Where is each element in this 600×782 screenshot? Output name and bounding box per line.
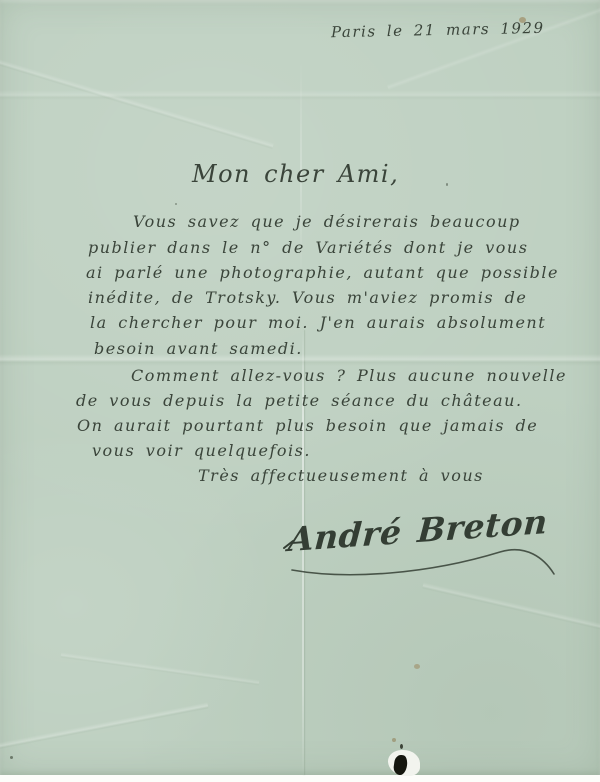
letter-line: la chercher pour moi. J'en aurais absolu…: [90, 315, 546, 331]
diagonal-crease: [0, 49, 274, 149]
diagonal-crease: [387, 0, 600, 90]
ink-blot-mark: [400, 744, 403, 749]
letter-line: besoin avant samedi.: [94, 341, 303, 357]
closing-line: Très affectueusement à vous: [198, 468, 484, 484]
diagonal-crease: [422, 582, 600, 641]
ink-speck: [446, 183, 448, 186]
foxing-spot: [392, 738, 396, 742]
letter-line: inédite, de Trotsky. Vous m'aviez promis…: [88, 290, 527, 306]
dateline: Paris le 21 mars 1929: [331, 21, 545, 40]
letter-paper: Paris le 21 mars 1929 Mon cher Ami, Vous…: [0, 0, 600, 775]
letter-line: publier dans le n° de Variétés dont je v…: [88, 240, 528, 256]
letter-line: Comment allez-vous ? Plus aucune nouvell…: [131, 368, 567, 384]
horizontal-crease: [0, 90, 600, 100]
foxing-spot: [414, 664, 420, 669]
signature-block: André Breton: [278, 504, 568, 589]
letter-line: Vous savez que je désirerais beaucoup: [133, 214, 521, 230]
letter-line: On aurait pourtant plus besoin que jamai…: [77, 418, 538, 434]
letter-line: vous voir quelquefois.: [92, 443, 311, 459]
diagonal-crease: [61, 652, 260, 686]
letter-line: de vous depuis la petite séance du châte…: [76, 393, 523, 409]
ink-speck: [10, 756, 13, 759]
letter-line: ai parlé une photographie, autant que po…: [86, 265, 559, 281]
diagonal-crease: [0, 702, 209, 753]
salutation: Mon cher Ami,: [192, 162, 399, 186]
ink-speck: [175, 203, 177, 205]
